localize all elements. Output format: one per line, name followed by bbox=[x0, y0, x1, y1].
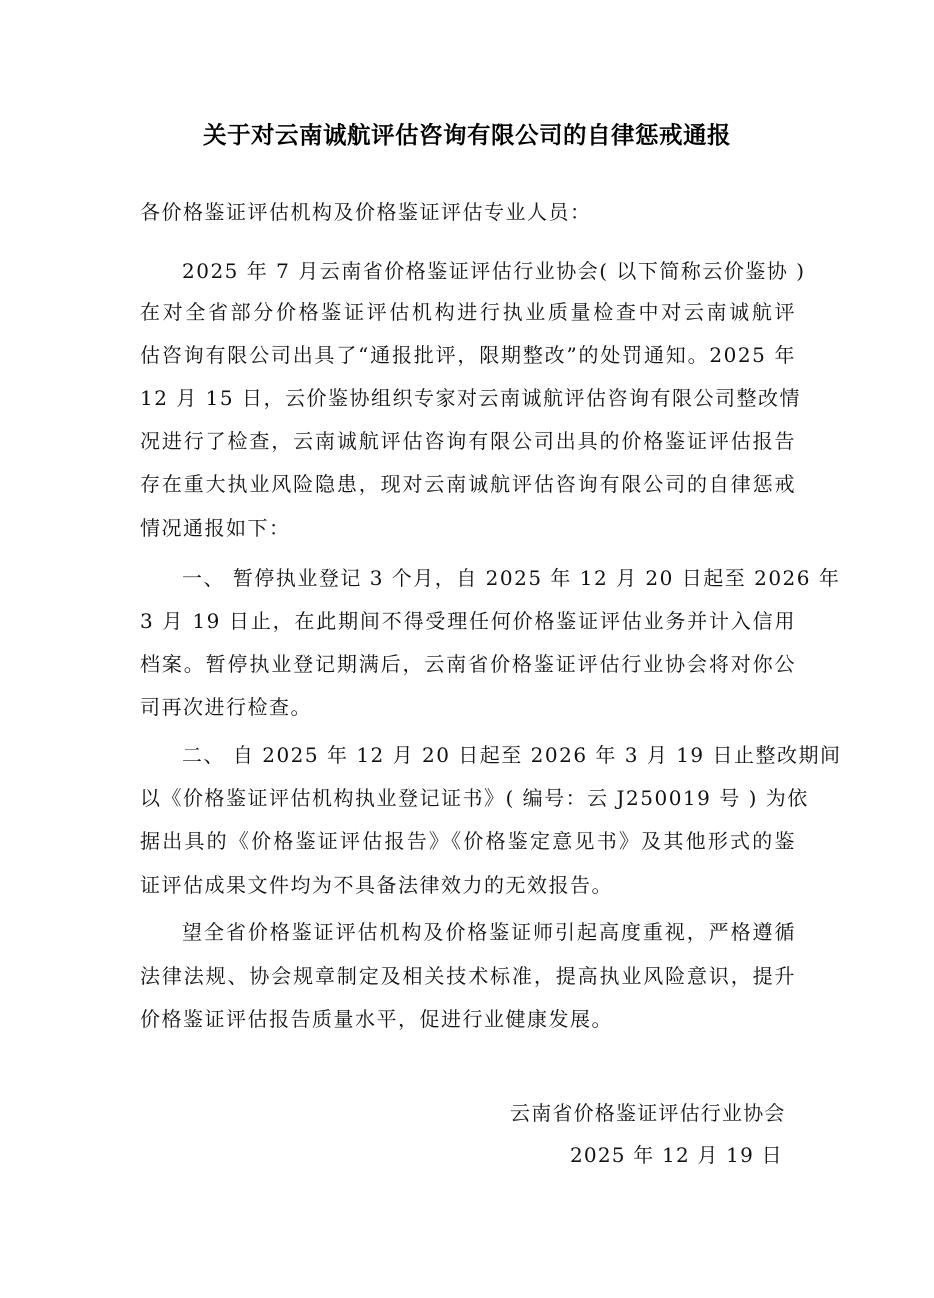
text-line: 12 月 15 日，云价鉴协组织专家对云南诚航评估咨询有限公司整改情 bbox=[140, 384, 796, 412]
text-line: 司再次进行检查。 bbox=[140, 693, 796, 721]
text-line: 价格鉴证评估报告质量水平，促进行业健康发展。 bbox=[140, 1005, 796, 1033]
text-line: 望全省价格鉴证评估机构及价格鉴证师引起高度重视，严格遵循 bbox=[182, 918, 796, 946]
text-line: 在对全省部分价格鉴证评估机构进行执业质量检查中对云南诚航评 bbox=[140, 298, 796, 326]
document-title: 关于对云南诚航评估咨询有限公司的自律惩戒通报 bbox=[0, 116, 934, 150]
text-line: 情况通报如下： bbox=[140, 514, 796, 542]
text-line: 档案。暂停执业登记期满后，云南省价格鉴证评估行业协会将对你公 bbox=[140, 650, 796, 678]
signature-date: 2025 年 12 月 19 日 bbox=[570, 1139, 783, 1168]
signature-organization: 云南省价格鉴证评估行业协会 bbox=[510, 1097, 786, 1126]
text-line: 存在重大执业风险隐患，现对云南诚航评估咨询有限公司的自律惩戒 bbox=[140, 470, 796, 498]
salutation: 各价格鉴证评估机构及价格鉴证评估专业人员： bbox=[140, 198, 796, 226]
text-line: 3 月 19 日止，在此期间不得受理任何价格鉴证评估业务并计入信用 bbox=[140, 607, 796, 635]
text-line: 据出具的《价格鉴证评估报告》《价格鉴定意见书》及其他形式的鉴 bbox=[140, 827, 796, 855]
text-line: 证评估成果文件均为不具备法律效力的无效报告。 bbox=[140, 871, 796, 899]
text-line: 一、 暂停执业登记 3 个月，自 2025 年 12 月 20 日起至 2026… bbox=[182, 564, 796, 592]
text-line: 法律法规、协会规章制定及相关技术标准，提高执业风险意识，提升 bbox=[140, 962, 796, 990]
document-page: 关于对云南诚航评估咨询有限公司的自律惩戒通报 各价格鉴证评估机构及价格鉴证评估专… bbox=[0, 0, 934, 1298]
text-line: 2025 年 7 月云南省价格鉴证评估行业协会( 以下简称云价鉴协 ) bbox=[182, 257, 796, 285]
text-line: 况进行了检查，云南诚航评估咨询有限公司出具的价格鉴证评估报告 bbox=[140, 427, 796, 455]
text-line: 以《价格鉴证评估机构执业登记证书》( 编号：云 J250019 号 ) 为依 bbox=[140, 784, 796, 812]
text-line: 二、 自 2025 年 12 月 20 日起至 2026 年 3 月 19 日止… bbox=[182, 741, 796, 769]
text-line: 估咨询有限公司出具了“通报批评，限期整改”的处罚通知。2025 年 bbox=[140, 341, 796, 369]
